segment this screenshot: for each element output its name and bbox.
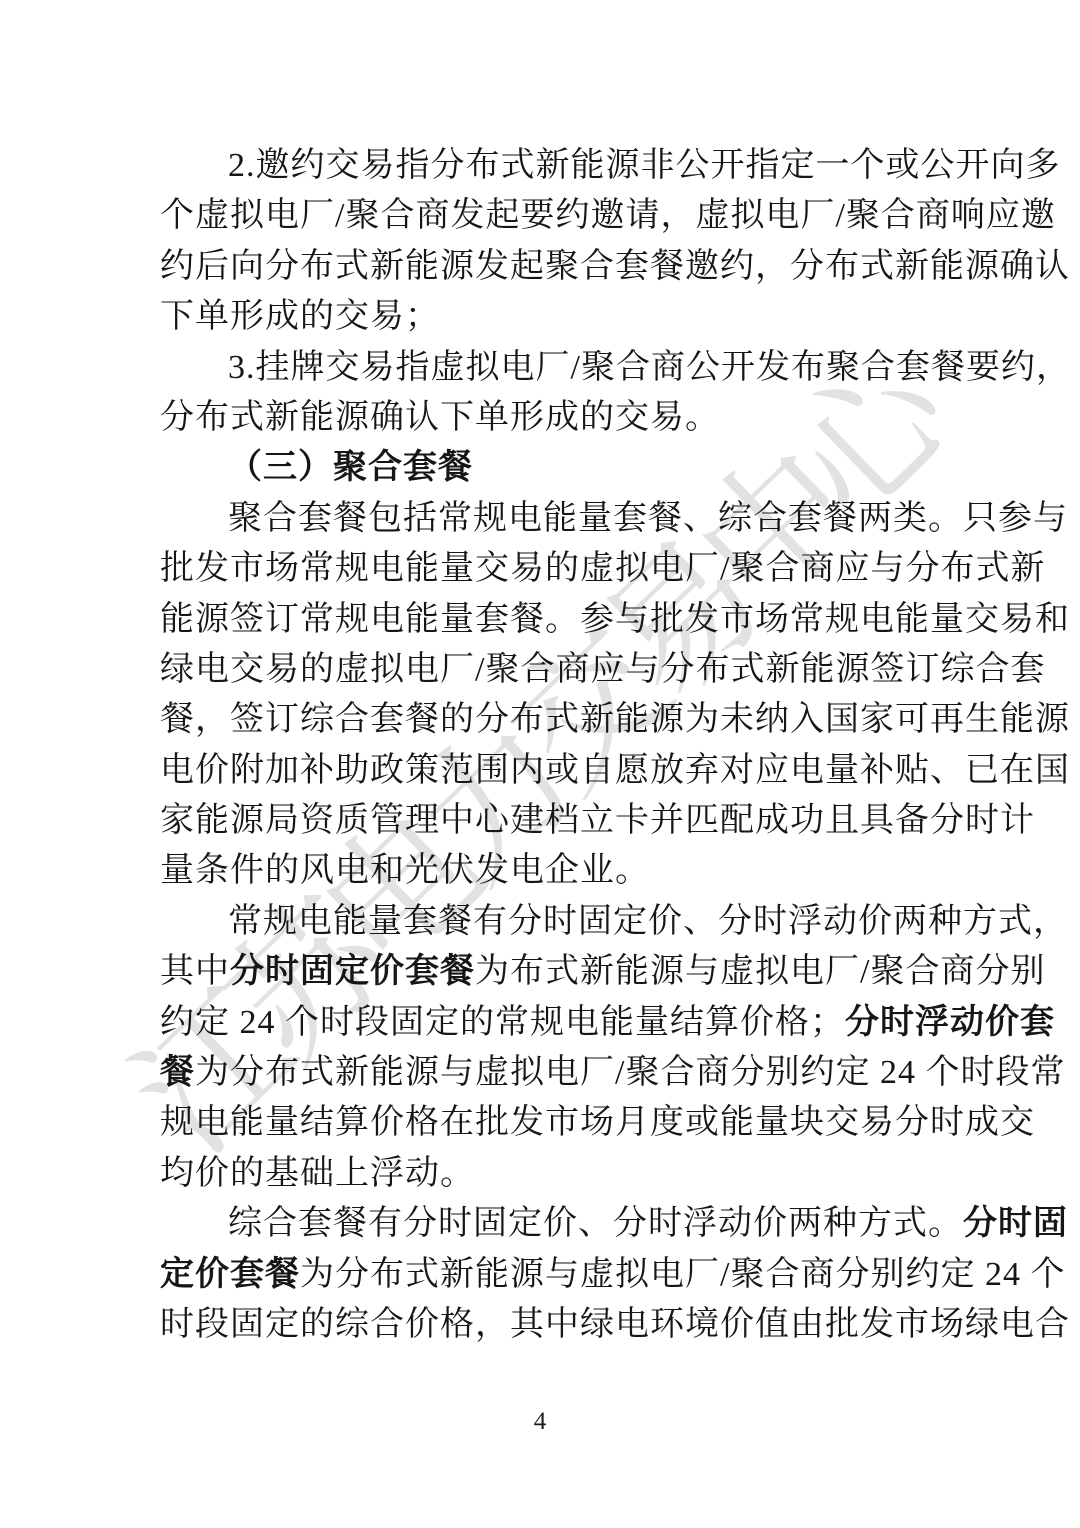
text-run: 分布式新能源确认下单形成的交易。 (160, 399, 720, 436)
text-line: 2.邀约交易指分布式新能源非公开指定一个或公开向多 (160, 141, 928, 191)
emphasized-text: （三）聚合套餐 (228, 449, 473, 486)
emphasized-text: 定价套餐 (160, 1256, 300, 1293)
text-run: 绿电交易的虚拟电厂/聚合商应与分布式新能源签订综合套 (160, 651, 1045, 688)
page-number: 4 (0, 1408, 1080, 1436)
text-run: 餐，签订综合套餐的分布式新能源为未纳入国家可再生能源 (160, 701, 1070, 738)
text-line: 时段固定的综合价格，其中绿电环境价值由批发市场绿电合 (160, 1300, 928, 1350)
text-run: 规电能量结算价格在批发市场月度或能量块交易分时成交 (160, 1104, 1035, 1141)
text-run: 为分布式新能源与虚拟电厂/聚合商分别约定 24 个时段常 (195, 1054, 1065, 1091)
text-run: 约后向分布式新能源发起聚合套餐邀约，分布式新能源确认 (160, 248, 1070, 285)
text-run: 综合套餐有分时固定价、分时浮动价两种方式。 (228, 1205, 963, 1242)
text-line: 约后向分布式新能源发起聚合套餐邀约，分布式新能源确认 (160, 242, 928, 292)
text-line: 绿电交易的虚拟电厂/聚合商应与分布式新能源签订综合套 (160, 645, 928, 695)
text-run: 聚合套餐包括常规电能量套餐、综合套餐两类。只参与 (228, 500, 1068, 537)
text-run: 下单形成的交易； (160, 298, 440, 335)
text-line: 聚合套餐包括常规电能量套餐、综合套餐两类。只参与 (160, 494, 928, 544)
emphasized-text: 餐 (160, 1054, 195, 1091)
text-run: 批发市场常规电能量交易的虚拟电厂/聚合商应与分布式新 (160, 550, 1045, 587)
document-page: 江苏电力交易中心 2.邀约交易指分布式新能源非公开指定一个或公开向多个虚拟电厂/… (0, 0, 1080, 1528)
text-line: 综合套餐有分时固定价、分时浮动价两种方式。分时固 (160, 1199, 928, 1249)
text-line: 餐为分布式新能源与虚拟电厂/聚合商分别约定 24 个时段常 (160, 1048, 928, 1098)
text-run: 能源签订常规电能量套餐。参与批发市场常规电能量交易和 (160, 601, 1070, 638)
text-run: 3.挂牌交易指虚拟电厂/聚合商公开发布聚合套餐要约， (228, 349, 1071, 386)
emphasized-text: 分时固 (963, 1205, 1068, 1242)
text-run: 为布式新能源与虚拟电厂/聚合商分别 (475, 953, 1045, 990)
text-line: 均价的基础上浮动。 (160, 1149, 928, 1199)
text-line: 电价附加补助政策范围内或自愿放弃对应电量补贴、已在国 (160, 746, 928, 796)
text-run: 其中 (160, 953, 230, 990)
text-run: 为分布式新能源与虚拟电厂/聚合商分别约定 24 个 (300, 1256, 1065, 1293)
section-heading: （三）聚合套餐 (160, 443, 928, 493)
text-run: 个虚拟电厂/聚合商发起要约邀请，虚拟电厂/聚合商响应邀 (160, 197, 1056, 234)
text-line: 下单形成的交易； (160, 292, 928, 342)
text-run: 约定 24 个时段固定的常规电能量结算价格； (160, 1004, 845, 1041)
text-line: 量条件的风电和光伏发电企业。 (160, 846, 928, 896)
text-line: 3.挂牌交易指虚拟电厂/聚合商公开发布聚合套餐要约， (160, 343, 928, 393)
text-run: 均价的基础上浮动。 (160, 1155, 475, 1192)
text-run: 家能源局资质管理中心建档立卡并匹配成功且具备分时计 (160, 802, 1035, 839)
text-line: 批发市场常规电能量交易的虚拟电厂/聚合商应与分布式新 (160, 544, 928, 594)
text-run: 2.邀约交易指分布式新能源非公开指定一个或公开向多 (228, 147, 1061, 184)
text-line: 个虚拟电厂/聚合商发起要约邀请，虚拟电厂/聚合商响应邀 (160, 191, 928, 241)
text-run: 常规电能量套餐有分时固定价、分时浮动价两种方式， (228, 903, 1068, 940)
text-line: 定价套餐为分布式新能源与虚拟电厂/聚合商分别约定 24 个 (160, 1250, 928, 1300)
text-line: 其中分时固定价套餐为布式新能源与虚拟电厂/聚合商分别 (160, 947, 928, 997)
text-line: 家能源局资质管理中心建档立卡并匹配成功且具备分时计 (160, 796, 928, 846)
text-run: 电价附加补助政策范围内或自愿放弃对应电量补贴、已在国 (160, 752, 1070, 789)
text-run: 量条件的风电和光伏发电企业。 (160, 852, 650, 889)
body-text: 2.邀约交易指分布式新能源非公开指定一个或公开向多个虚拟电厂/聚合商发起要约邀请… (160, 141, 928, 1350)
emphasized-text: 分时浮动价套 (845, 1004, 1055, 1041)
emphasized-text: 分时固定价套餐 (230, 953, 475, 990)
text-run: 时段固定的综合价格，其中绿电环境价值由批发市场绿电合 (160, 1306, 1070, 1343)
text-line: 能源签订常规电能量套餐。参与批发市场常规电能量交易和 (160, 595, 928, 645)
text-line: 约定 24 个时段固定的常规电能量结算价格；分时浮动价套 (160, 998, 928, 1048)
text-line: 常规电能量套餐有分时固定价、分时浮动价两种方式， (160, 897, 928, 947)
text-line: 分布式新能源确认下单形成的交易。 (160, 393, 928, 443)
text-line: 规电能量结算价格在批发市场月度或能量块交易分时成交 (160, 1098, 928, 1148)
text-line: 餐，签订综合套餐的分布式新能源为未纳入国家可再生能源 (160, 695, 928, 745)
